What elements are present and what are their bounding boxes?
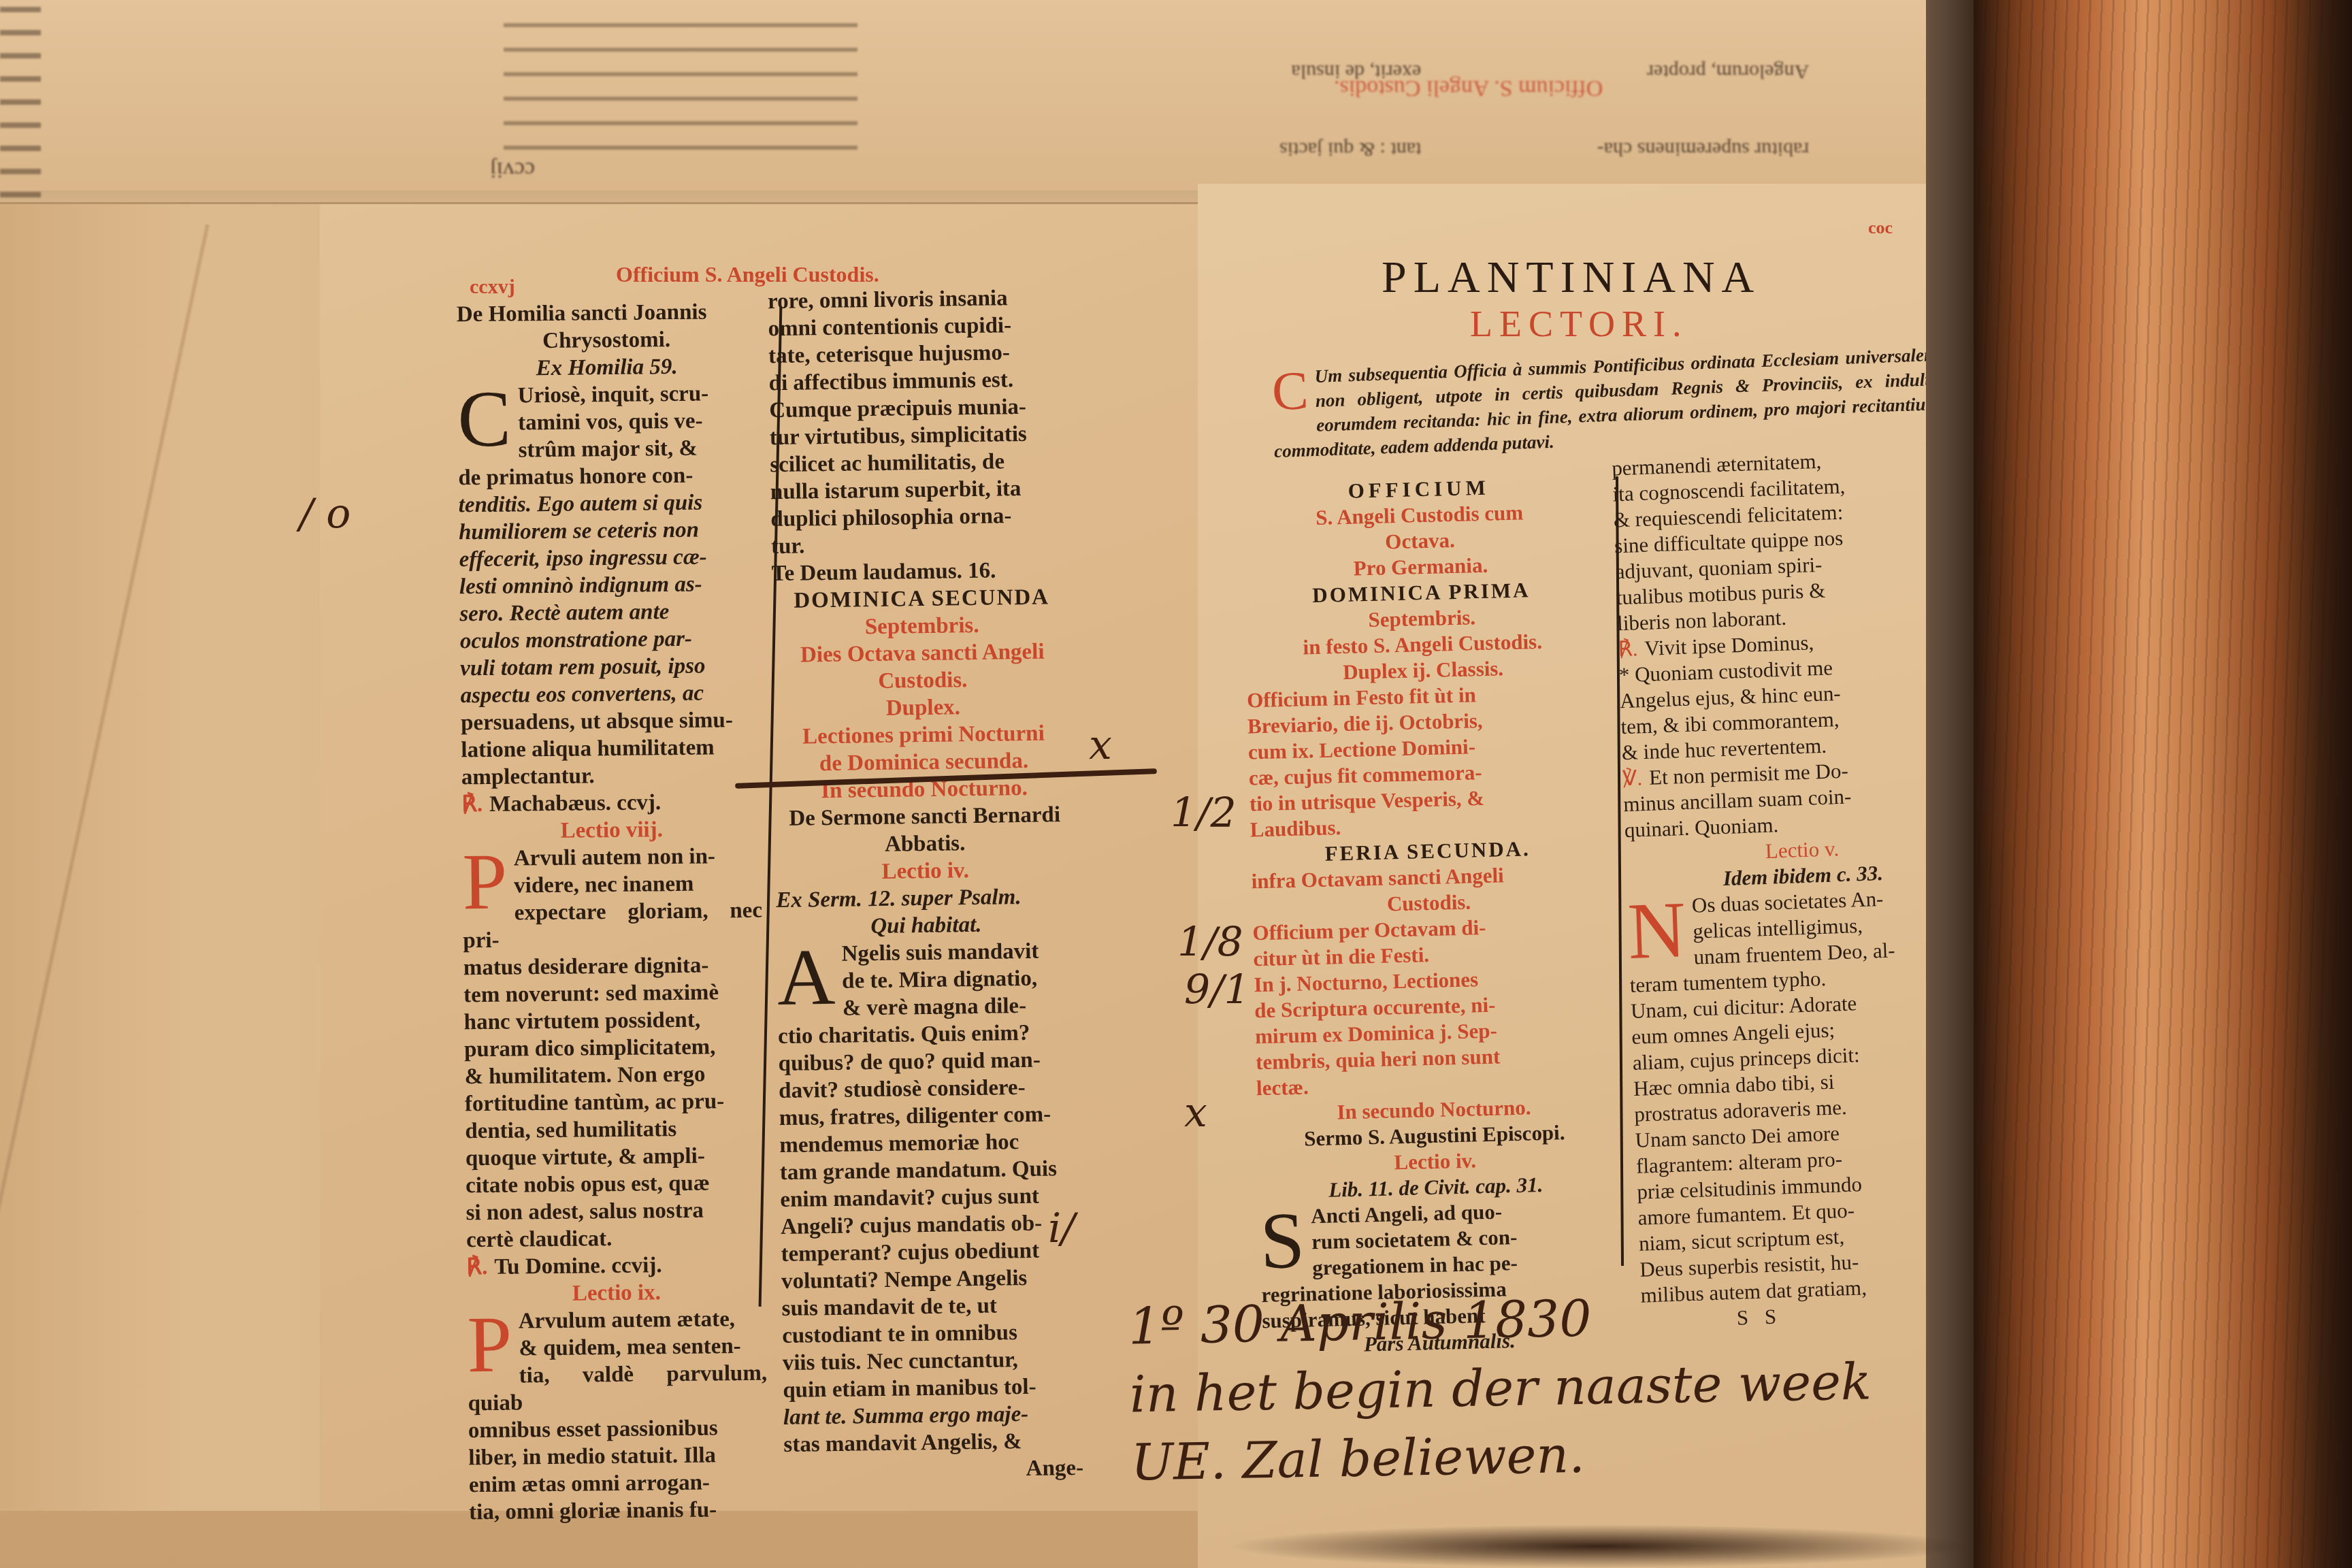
- homily-heading: De Homilia sancti Joannis: [457, 298, 756, 329]
- lectio-4-label: Lectio iv.: [775, 855, 1075, 887]
- lectio-8-label: Lectio viij.: [462, 815, 762, 846]
- left-margin-paper: [0, 204, 320, 1511]
- handwritten-line-3: UE. Zal beliewen.: [1130, 1416, 1873, 1497]
- homily-author: Chrysostomi.: [457, 325, 756, 356]
- upside-down-text-block: [504, 14, 857, 150]
- margin-mark: 9/1: [1184, 966, 1250, 1014]
- margin-mark: / o: [299, 490, 350, 538]
- responsory-icon: ℟.: [461, 792, 483, 817]
- dominica-secunda-heading: DOMINICA SECUNDA: [772, 583, 1072, 615]
- responsory-2: ℟.Tu Domine. ccvij.: [466, 1251, 766, 1281]
- handwritten-note: 1º 30 Aprilis 1830 in het begin der naas…: [1128, 1280, 1873, 1497]
- drop-cap-p: P: [462, 848, 508, 917]
- edge-fragment: coc: [1868, 218, 1893, 238]
- rubric-block: Officium in Festo fit ùt inBreviario, di…: [1247, 679, 1604, 843]
- drop-cap-s: S: [1259, 1207, 1305, 1276]
- rubric: Lectiones primi Nocturni: [774, 719, 1074, 751]
- upside-down-text-edge: [0, 0, 41, 197]
- lectio-9-text: PArvulum autem ætate,& quidem, mea sente…: [467, 1305, 768, 1526]
- left-page-column-1: De Homilia sancti Joannis Chrysostomi. E…: [457, 298, 769, 1526]
- homily-continuation: rore, omni livoris insaniaomni contentio…: [768, 284, 1071, 560]
- versicle: ℣.Et non permisit me Do-minus ancillam s…: [1622, 753, 1979, 843]
- sermon-author: Abbatis.: [775, 828, 1075, 860]
- left-page-column-2: rore, omni livoris insaniaomni contentio…: [768, 284, 1084, 1486]
- versicle-icon: ℣.: [1622, 766, 1643, 790]
- lectio-4-text: ANgelis suis mandavitde te. Mira dignati…: [777, 937, 1083, 1458]
- title-plantiniana: PLANTINIANA: [1382, 252, 1761, 304]
- handwritten-line-2: in het begin der naaste week: [1129, 1347, 1872, 1428]
- sermon-source: Ex Serm. 12. super Psalm.: [776, 883, 1076, 914]
- running-head: Officium S. Angeli Custodis.: [616, 262, 879, 287]
- margin-cross-mark: x: [1089, 721, 1112, 769]
- margin-mark: i/: [1048, 1205, 1075, 1252]
- catchword: Ange-: [784, 1454, 1084, 1486]
- homily-text: CUriosè, inquit, scru-tamini vos, quis v…: [457, 380, 761, 791]
- margin-cross-mark: x: [1184, 1089, 1207, 1137]
- lectio-9-label: Lectio ix.: [467, 1278, 766, 1309]
- margin-mark: 1/2: [1171, 789, 1237, 837]
- upside-down-signature: ccvij: [490, 157, 535, 182]
- lectio-8-text: PArvuli autem non in-videre, nec inaneme…: [462, 843, 766, 1254]
- glass-edge: [1926, 0, 1974, 1568]
- responsory-icon: ℟.: [1618, 636, 1638, 661]
- te-deum-line: Te Deum laudamus. 16.: [771, 556, 1071, 587]
- margin-mark: 1/8: [1177, 919, 1243, 966]
- page-number: ccxvj: [470, 276, 515, 299]
- wooden-frame: [1974, 0, 2352, 1568]
- responsory: ℟.Vivit ipse Dominus,* Quoniam custodivi…: [1618, 624, 1976, 766]
- shadow: [1225, 1524, 1974, 1568]
- rubric: Septembris.: [772, 610, 1072, 642]
- rubric-block: infra Octavam sancti AngeliCustodis.Offi…: [1251, 860, 1611, 1128]
- sermon-heading: De Sermone sancti Bernardi: [774, 801, 1075, 832]
- handwritten-date: 1º 30 Aprilis 1830: [1128, 1280, 1870, 1361]
- rubric: Custodis.: [773, 665, 1073, 696]
- drop-cap-n: N: [1627, 896, 1687, 966]
- drop-cap-c: C: [457, 385, 512, 454]
- drop-cap-c: C: [1271, 367, 1309, 416]
- rubric: Dies Octava sancti Angeli: [772, 638, 1073, 669]
- drop-cap-p: P: [467, 1311, 512, 1379]
- subtitle-lectori: LECTORI.: [1470, 303, 1688, 345]
- upside-down-page-strip: Officium S. Angeli Custodis. los, ad adj…: [0, 0, 1926, 204]
- responsory-icon: ℟.: [466, 1255, 487, 1279]
- rubric: Duplex.: [773, 692, 1073, 723]
- responsory-1: ℟.Machabæus. ccvj.: [461, 788, 761, 819]
- drop-cap-a: A: [777, 943, 836, 1012]
- lectio-3-continuation: permanendi æternitatem,ita cognoscendi f…: [1612, 443, 1972, 636]
- right-page-column-1: OFFICIUM S. Angeli Custodis cum Octava. …: [1241, 472, 1616, 1360]
